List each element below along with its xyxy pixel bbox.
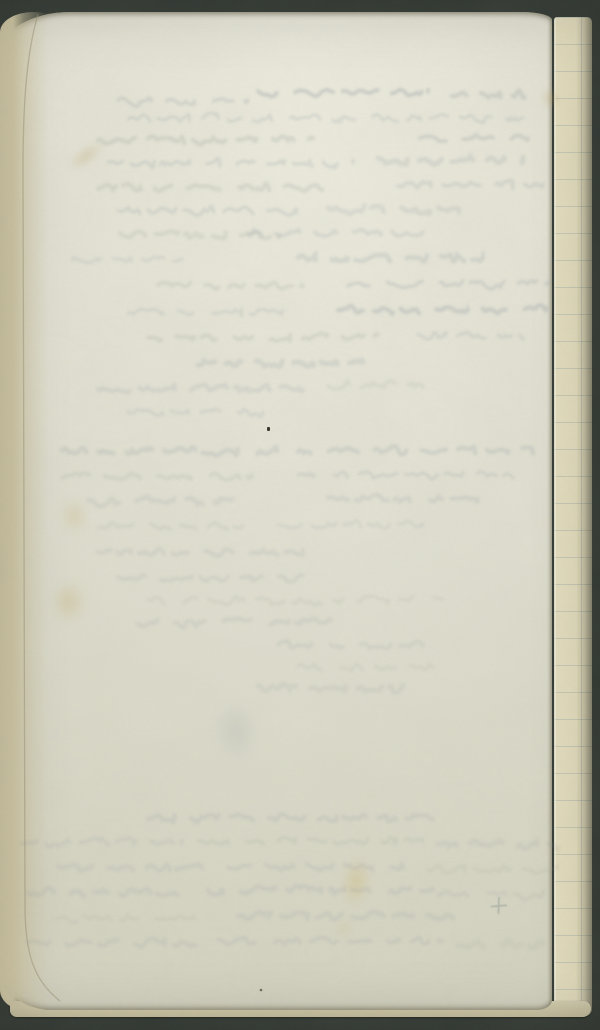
scanned-notebook-spread — [0, 0, 600, 1030]
adjacent-page-edge — [554, 17, 592, 1016]
binding-gutter-shading — [0, 12, 48, 1010]
notebook-page — [0, 12, 552, 1010]
